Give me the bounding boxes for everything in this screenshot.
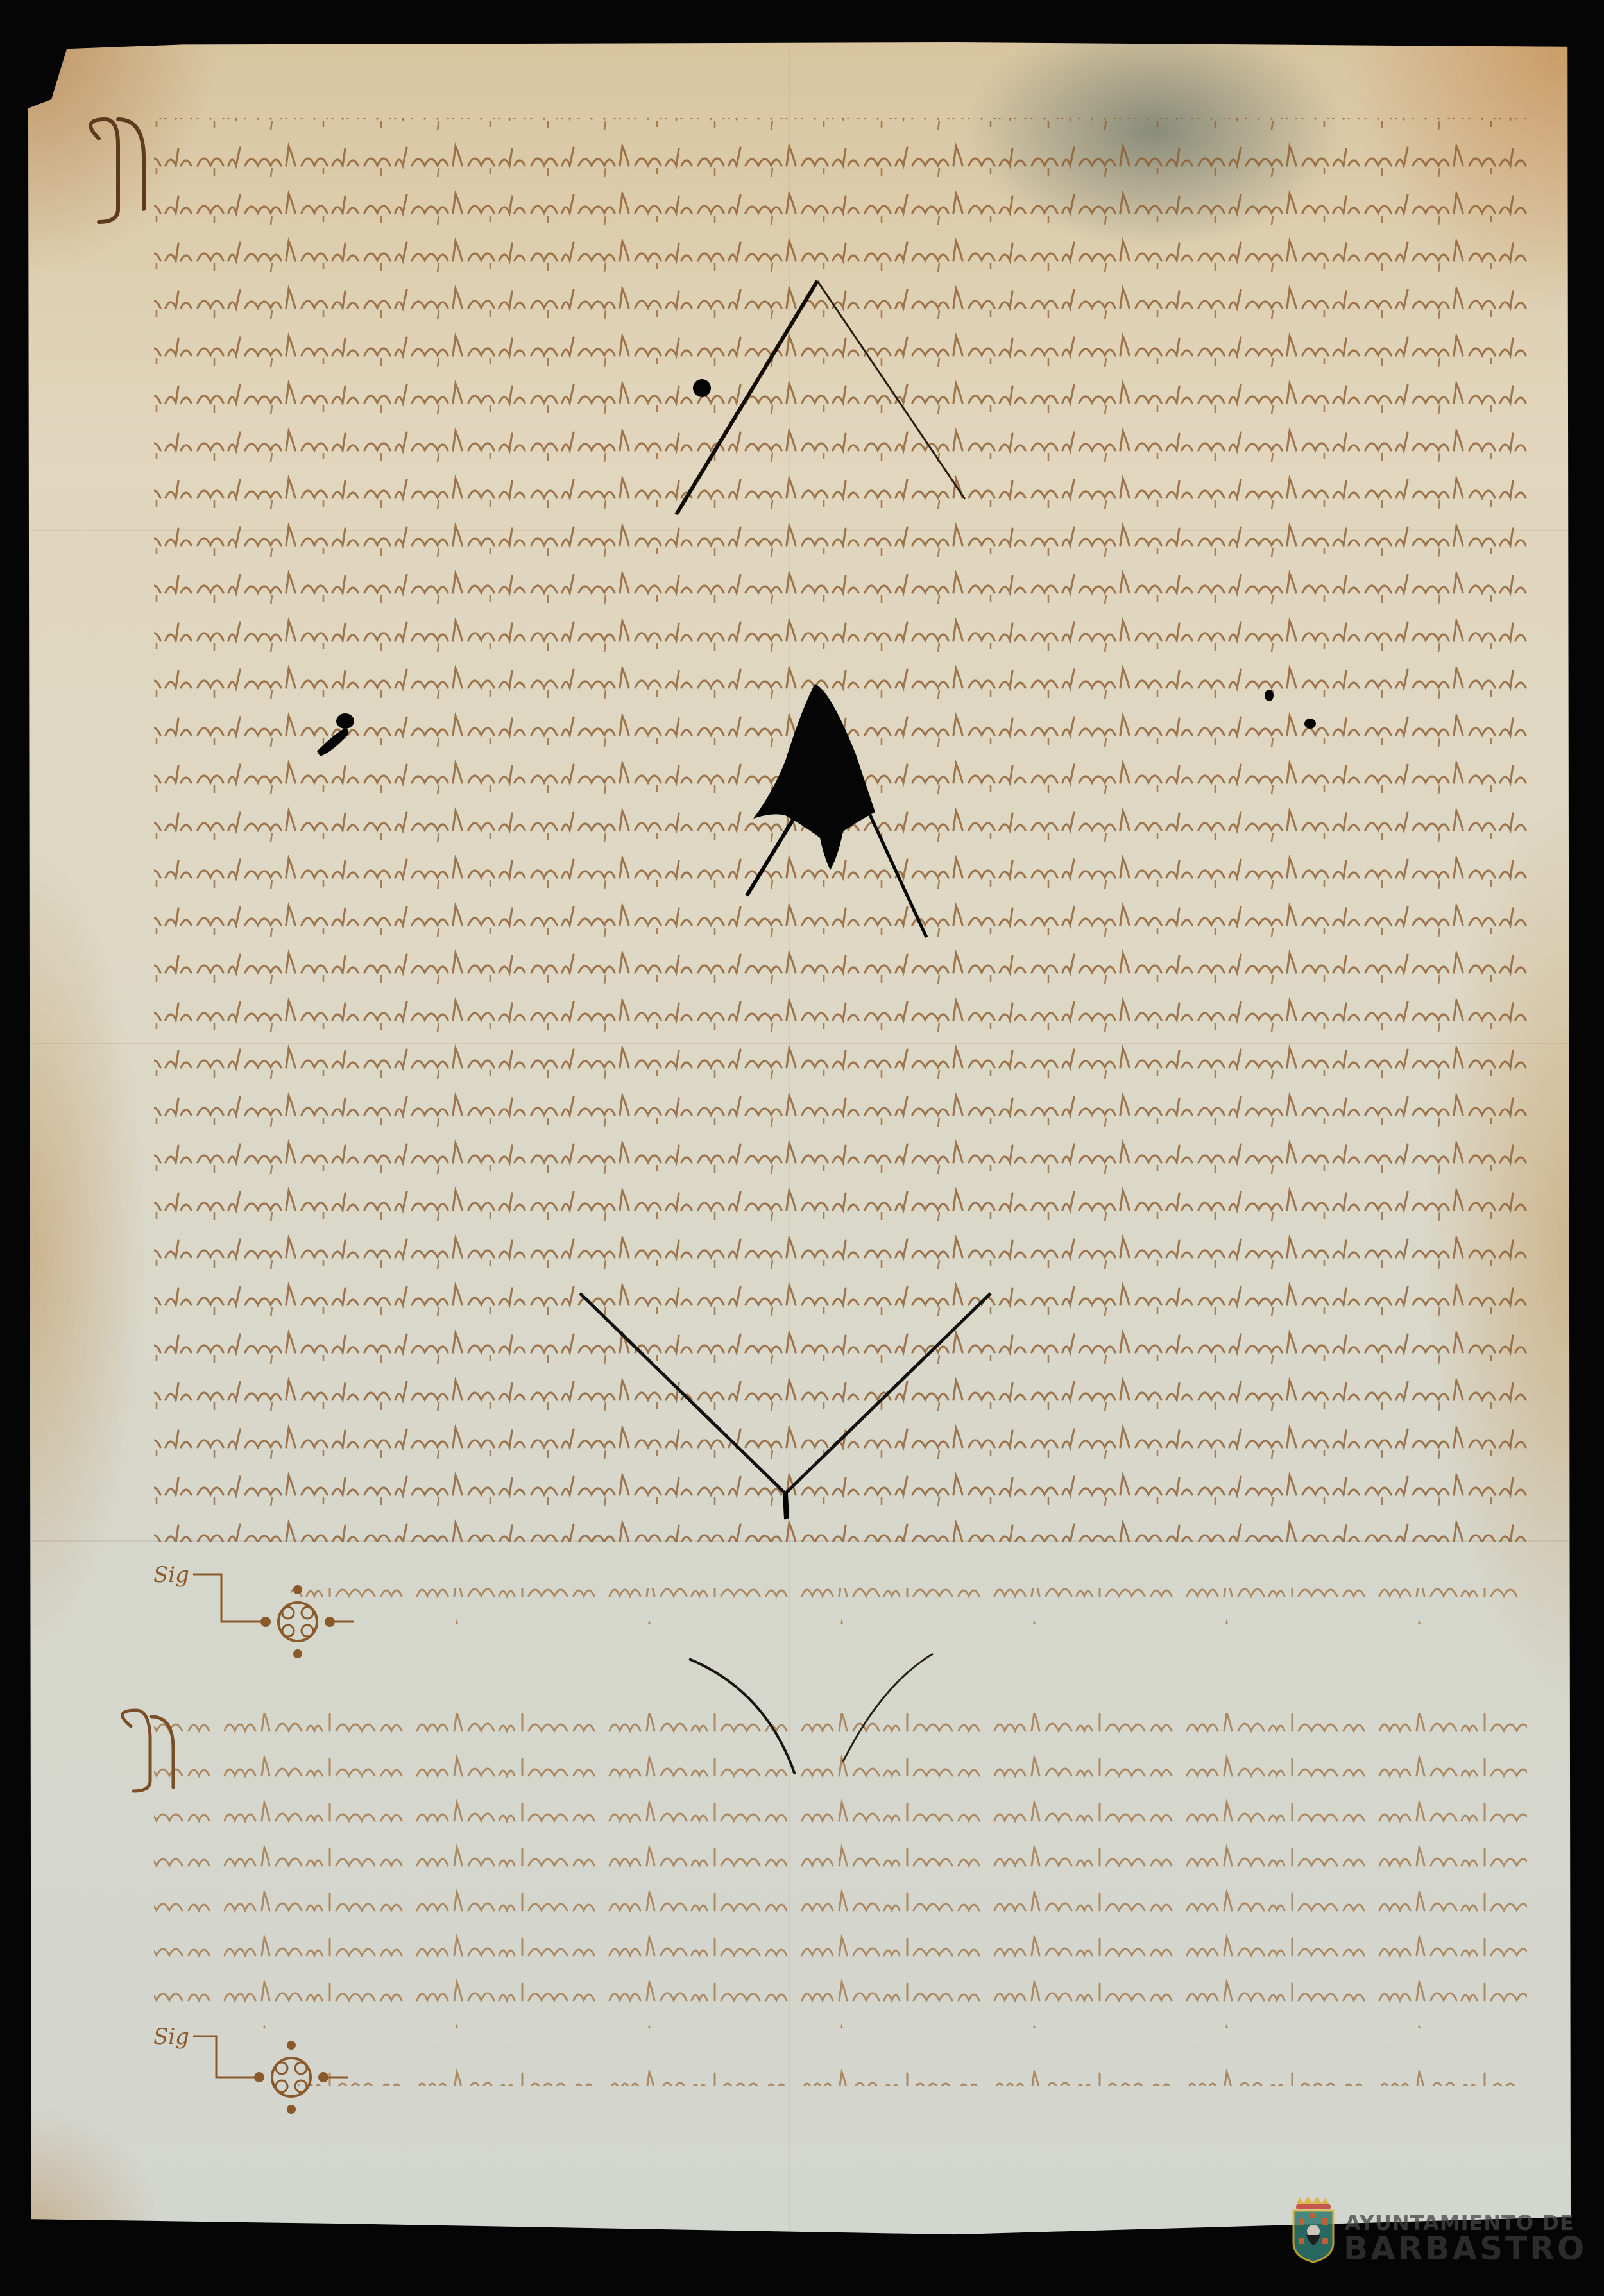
hole-right-1 xyxy=(1265,690,1274,701)
coat-of-arms-icon xyxy=(1291,2193,1336,2263)
instrument-2-subscription-text xyxy=(298,2047,1517,2086)
ayuntamiento-watermark: AYUNTAMIENTO DE BARBASTRO xyxy=(1291,2193,1586,2283)
instrument-2-text-block xyxy=(154,1713,1527,2028)
parchment-document: Sig Sig xyxy=(28,42,1571,2239)
watermark-line-2: BARBASTRO xyxy=(1344,2230,1587,2267)
manuscript-script-layer: Sig Sig xyxy=(28,42,1571,2239)
hole-upper-left xyxy=(693,379,711,397)
svg-text:Sig: Sig xyxy=(153,1562,189,1588)
instrument-1-subscription-text xyxy=(291,1588,1517,1624)
hole-right-2 xyxy=(1304,719,1316,729)
illuminated-initial-n xyxy=(90,119,144,222)
hole-left-2 xyxy=(336,713,354,729)
svg-text:Sig: Sig xyxy=(153,2024,189,2050)
